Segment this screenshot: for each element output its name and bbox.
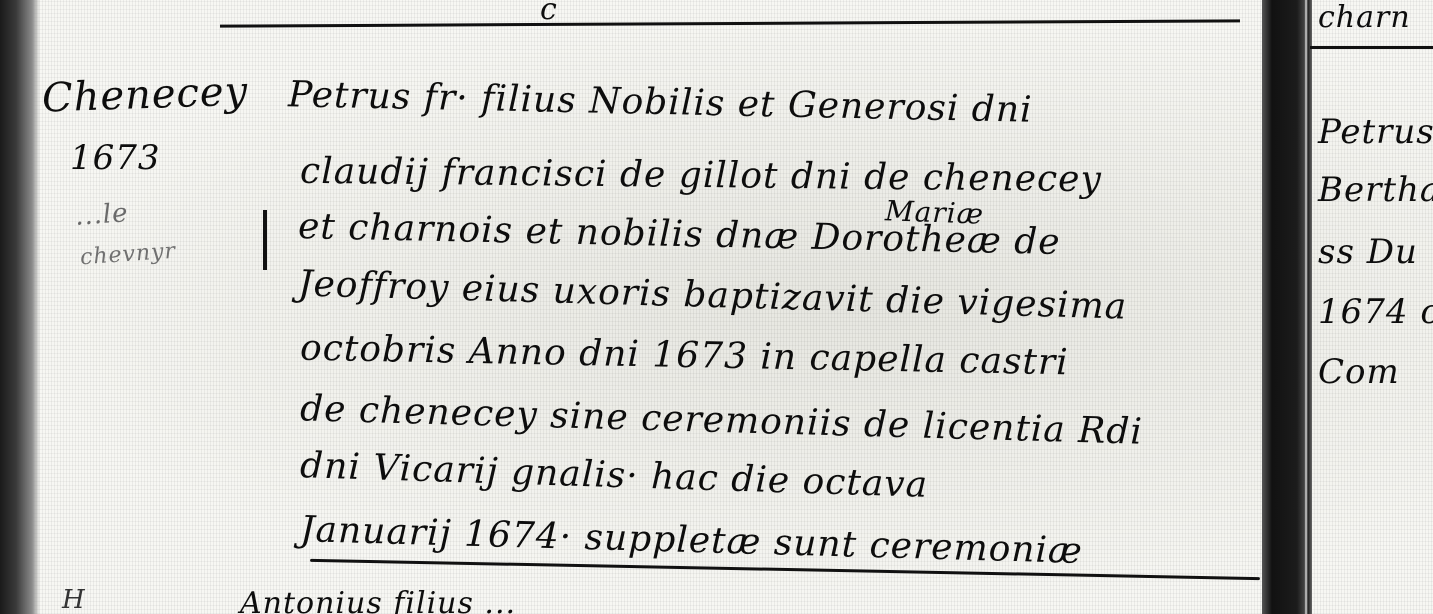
margin-place-name: Chenecey — [41, 68, 249, 121]
entry-line-6: de chenecey sine ceremoniis de licentia … — [300, 388, 1144, 453]
page-gutter — [1262, 0, 1312, 614]
entry-line-5: octobris Anno dni 1673 in capella castri — [300, 328, 1069, 384]
adjacent-text: Com — [1318, 352, 1400, 392]
adjacent-text: charn — [1318, 0, 1411, 35]
next-entry-start: Antonius filius ... — [240, 586, 516, 614]
margin-faint-note: chevnyr — [79, 239, 177, 271]
margin-faint-note: ...le — [74, 198, 129, 232]
margin-bottom-mark: H — [62, 585, 86, 614]
margin-year: 1673 — [70, 138, 161, 178]
adjacent-text: 1674 o — [1318, 292, 1433, 332]
left-binding-edge — [0, 0, 40, 614]
margin-bracket — [263, 210, 267, 270]
manuscript-page: c Chenecey 1673 ...le chevnyr H Petrus f… — [0, 0, 1433, 614]
adjacent-text: Bertha — [1318, 170, 1433, 210]
entry-line-1: Petrus fr· filius Nobilis et Generosi dn… — [288, 74, 1033, 131]
adjacent-text: ss Du — [1318, 232, 1418, 272]
entry-line-2: claudij francisci de gillot dni de chene… — [300, 151, 1102, 200]
top-rule-line — [220, 19, 1240, 27]
entry-line-7: dni Vicarij gnalis· hac die octava — [300, 445, 929, 506]
entry-line-4: Jeoffroy eius uxoris baptizavit die vige… — [298, 263, 1128, 327]
adjacent-rule-line — [1310, 46, 1433, 49]
adjacent-text: Petrus — [1318, 112, 1433, 152]
header-mark: c — [540, 0, 558, 27]
